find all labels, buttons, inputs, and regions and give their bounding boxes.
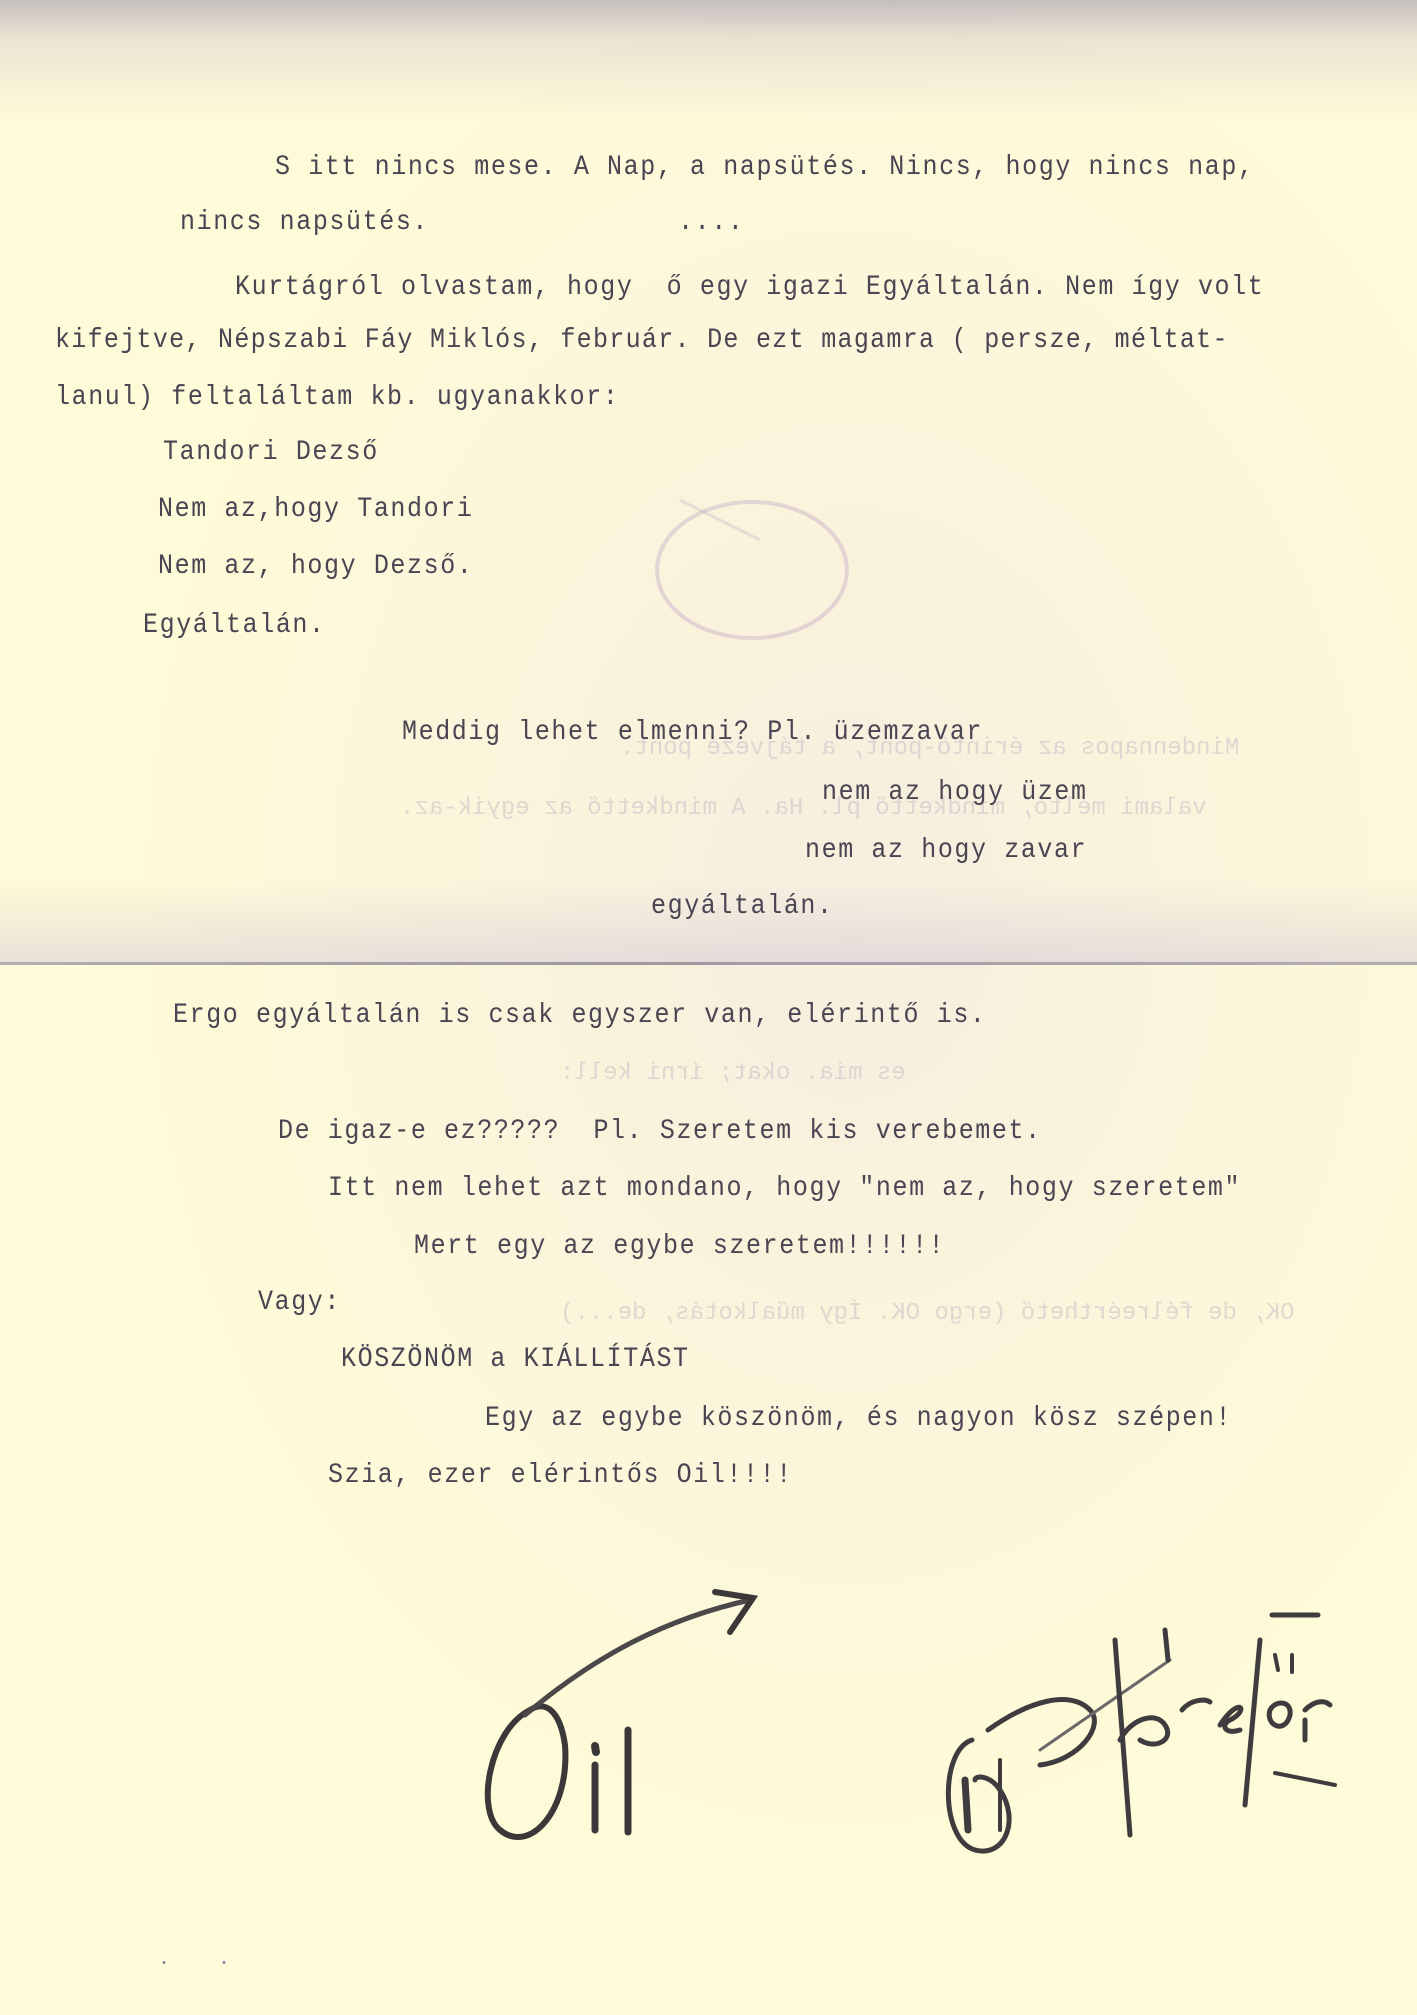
letter-line: nem az hogy üzem	[822, 775, 1088, 807]
letter-line: Nem az, hogy Dezső.	[158, 549, 473, 581]
letter-line: S itt nincs mese. A Nap, a napsütés. Nin…	[275, 150, 1255, 182]
letter-line: Tandori Dezső	[163, 435, 379, 467]
bleed-through-text: OK, de félreérthető (ergo OK. Így műalko…	[560, 1300, 1295, 1327]
faint-pencil-circle	[640, 470, 870, 650]
letter-line: Szia, ezer elérintős Oil!!!!	[328, 1458, 793, 1490]
letter-line: Nem az,hogy Tandori	[158, 492, 473, 524]
letter-line: egyáltalán.	[651, 889, 834, 921]
letter-line: Mert egy az egybe szeretem!!!!!!	[414, 1229, 945, 1261]
letter-line: KÖSZÖNÖM a KIÁLLÍTÁST	[341, 1342, 690, 1374]
letter-line: nem az hogy zavar	[805, 833, 1087, 865]
ink-dots: . .	[158, 1948, 248, 1971]
letter-line: lanul) feltaláltam kb. ugyanakkor:	[55, 380, 619, 412]
signature-oil: Oil	[460, 1580, 780, 1860]
letter-line: kifejtve, Népszabi Fáy Miklós, február. …	[55, 323, 1229, 355]
letter-line: Itt nem lehet azt mondano, hogy "nem az,…	[328, 1171, 1241, 1203]
paper-fold-line	[0, 962, 1417, 965]
letter-line: nincs napsütés. ....	[180, 205, 744, 237]
letter-line: Meddig lehet elmenni? Pl. üzemzavar	[402, 715, 983, 747]
bleed-through-text: es mia. okat; írni kell:	[560, 1060, 906, 1087]
letter-line: Egyáltalán.	[143, 608, 326, 640]
letter-line: Egy az egybe köszönöm, és nagyon kösz sz…	[485, 1401, 1232, 1433]
letter-line: De igaz-e ez????? Pl. Szeretem kis vereb…	[278, 1114, 1042, 1146]
letter-line: Kurtágról olvastam, hogy ő egy igazi Egy…	[235, 270, 1264, 302]
letter-line: Ergo egyáltalán is csak egyszer van, elé…	[173, 998, 987, 1030]
letter-line: Vagy:	[258, 1285, 341, 1317]
signature-b-joreflor: B Jóreflőr	[920, 1600, 1417, 1860]
